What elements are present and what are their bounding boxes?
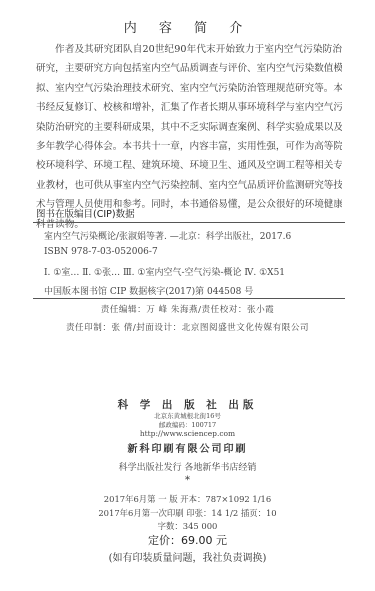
cip-record: 中国版本图书馆 CIP 数据核字(2017)第 044508 号	[44, 284, 253, 297]
editor-credits: 责任编辑：万 峰 朱海燕/责任校对：张小霞	[0, 303, 375, 315]
page-title: 内 容 简 介	[0, 17, 375, 36]
cip-classification: Ⅰ. ①室… Ⅱ. ①张… Ⅲ. ①室内空气-空气污染-概论 Ⅳ. ①X51	[44, 265, 285, 278]
summary-paragraph: 作者及其研究团队自20世纪90年代末开始致力于室内空气污染防治 研究，主要研究方…	[36, 40, 342, 234]
distribution-info: 科学出版社发行 各地新华书店经销	[0, 460, 375, 473]
summary-line: 染防治研究的主要科研成果，其中不乏实际调查案例、科学实验成果以及	[36, 118, 342, 137]
summary-line: 书经反复修订、校核和增补，汇集了作者长期从事环境科学与室内空气污	[36, 98, 342, 117]
price: 定价：69.00 元	[0, 532, 375, 548]
summary-line: 业教材，也可供从事室内空气污染控制、室内空气品质评价监测研究等技	[36, 176, 342, 195]
separator-star: *	[0, 475, 375, 486]
publisher-address: 北京东黄城根北街16号	[0, 411, 375, 420]
summary-line: 研究，主要研究方向包括室内空气品质调查与评价、室内空气污染数值模	[36, 59, 342, 78]
summary-line: 作者及其研究团队自20世纪90年代末开始致力于室内空气污染防治	[36, 40, 342, 59]
cip-bottom-rule	[33, 298, 345, 299]
printer-name: 新科印刷有限公司印刷	[0, 440, 375, 455]
cip-heading: 图书在版编目(CIP)数据	[36, 206, 135, 220]
cip-isbn: ISBN 978-7-03-052006-7	[44, 247, 158, 257]
summary-line: 多年教学心得体会。本书共十一章，内容丰富，实用性强，可作为高等院	[36, 137, 342, 156]
quality-notice: (如有印装质量问题，我社负责调换)	[0, 549, 375, 564]
printing-info: 2017年6月第一次印刷 印张：14 1/2 插页：10	[0, 507, 375, 519]
word-count: 字数：345 000	[0, 520, 375, 532]
publisher-name: 科 学 出 版 社 出版	[0, 397, 375, 412]
publisher-url: http://www.sciencep.com	[0, 429, 375, 438]
printing-design-credits: 责任印制：张 倩/封面设计：北京图阅盛世文化传媒有限公司	[0, 321, 375, 333]
summary-line: 拟、室内空气污染治理技术研究、室内空气污染防治管理规范研究等。本	[36, 79, 342, 98]
cip-top-rule	[33, 222, 345, 223]
edition-info: 2017年6月第 一 版 开本：787×1092 1/16	[0, 493, 375, 505]
publisher-postcode: 邮政编码：100717	[0, 420, 375, 429]
summary-line: 校环境科学、环境工程、建筑环境、环境卫生、通风及空调工程等相关专	[36, 156, 342, 175]
cip-title-line: 室内空气污染概论/张淑娟等著. —北京：科学出版社，2017.6	[44, 229, 291, 242]
